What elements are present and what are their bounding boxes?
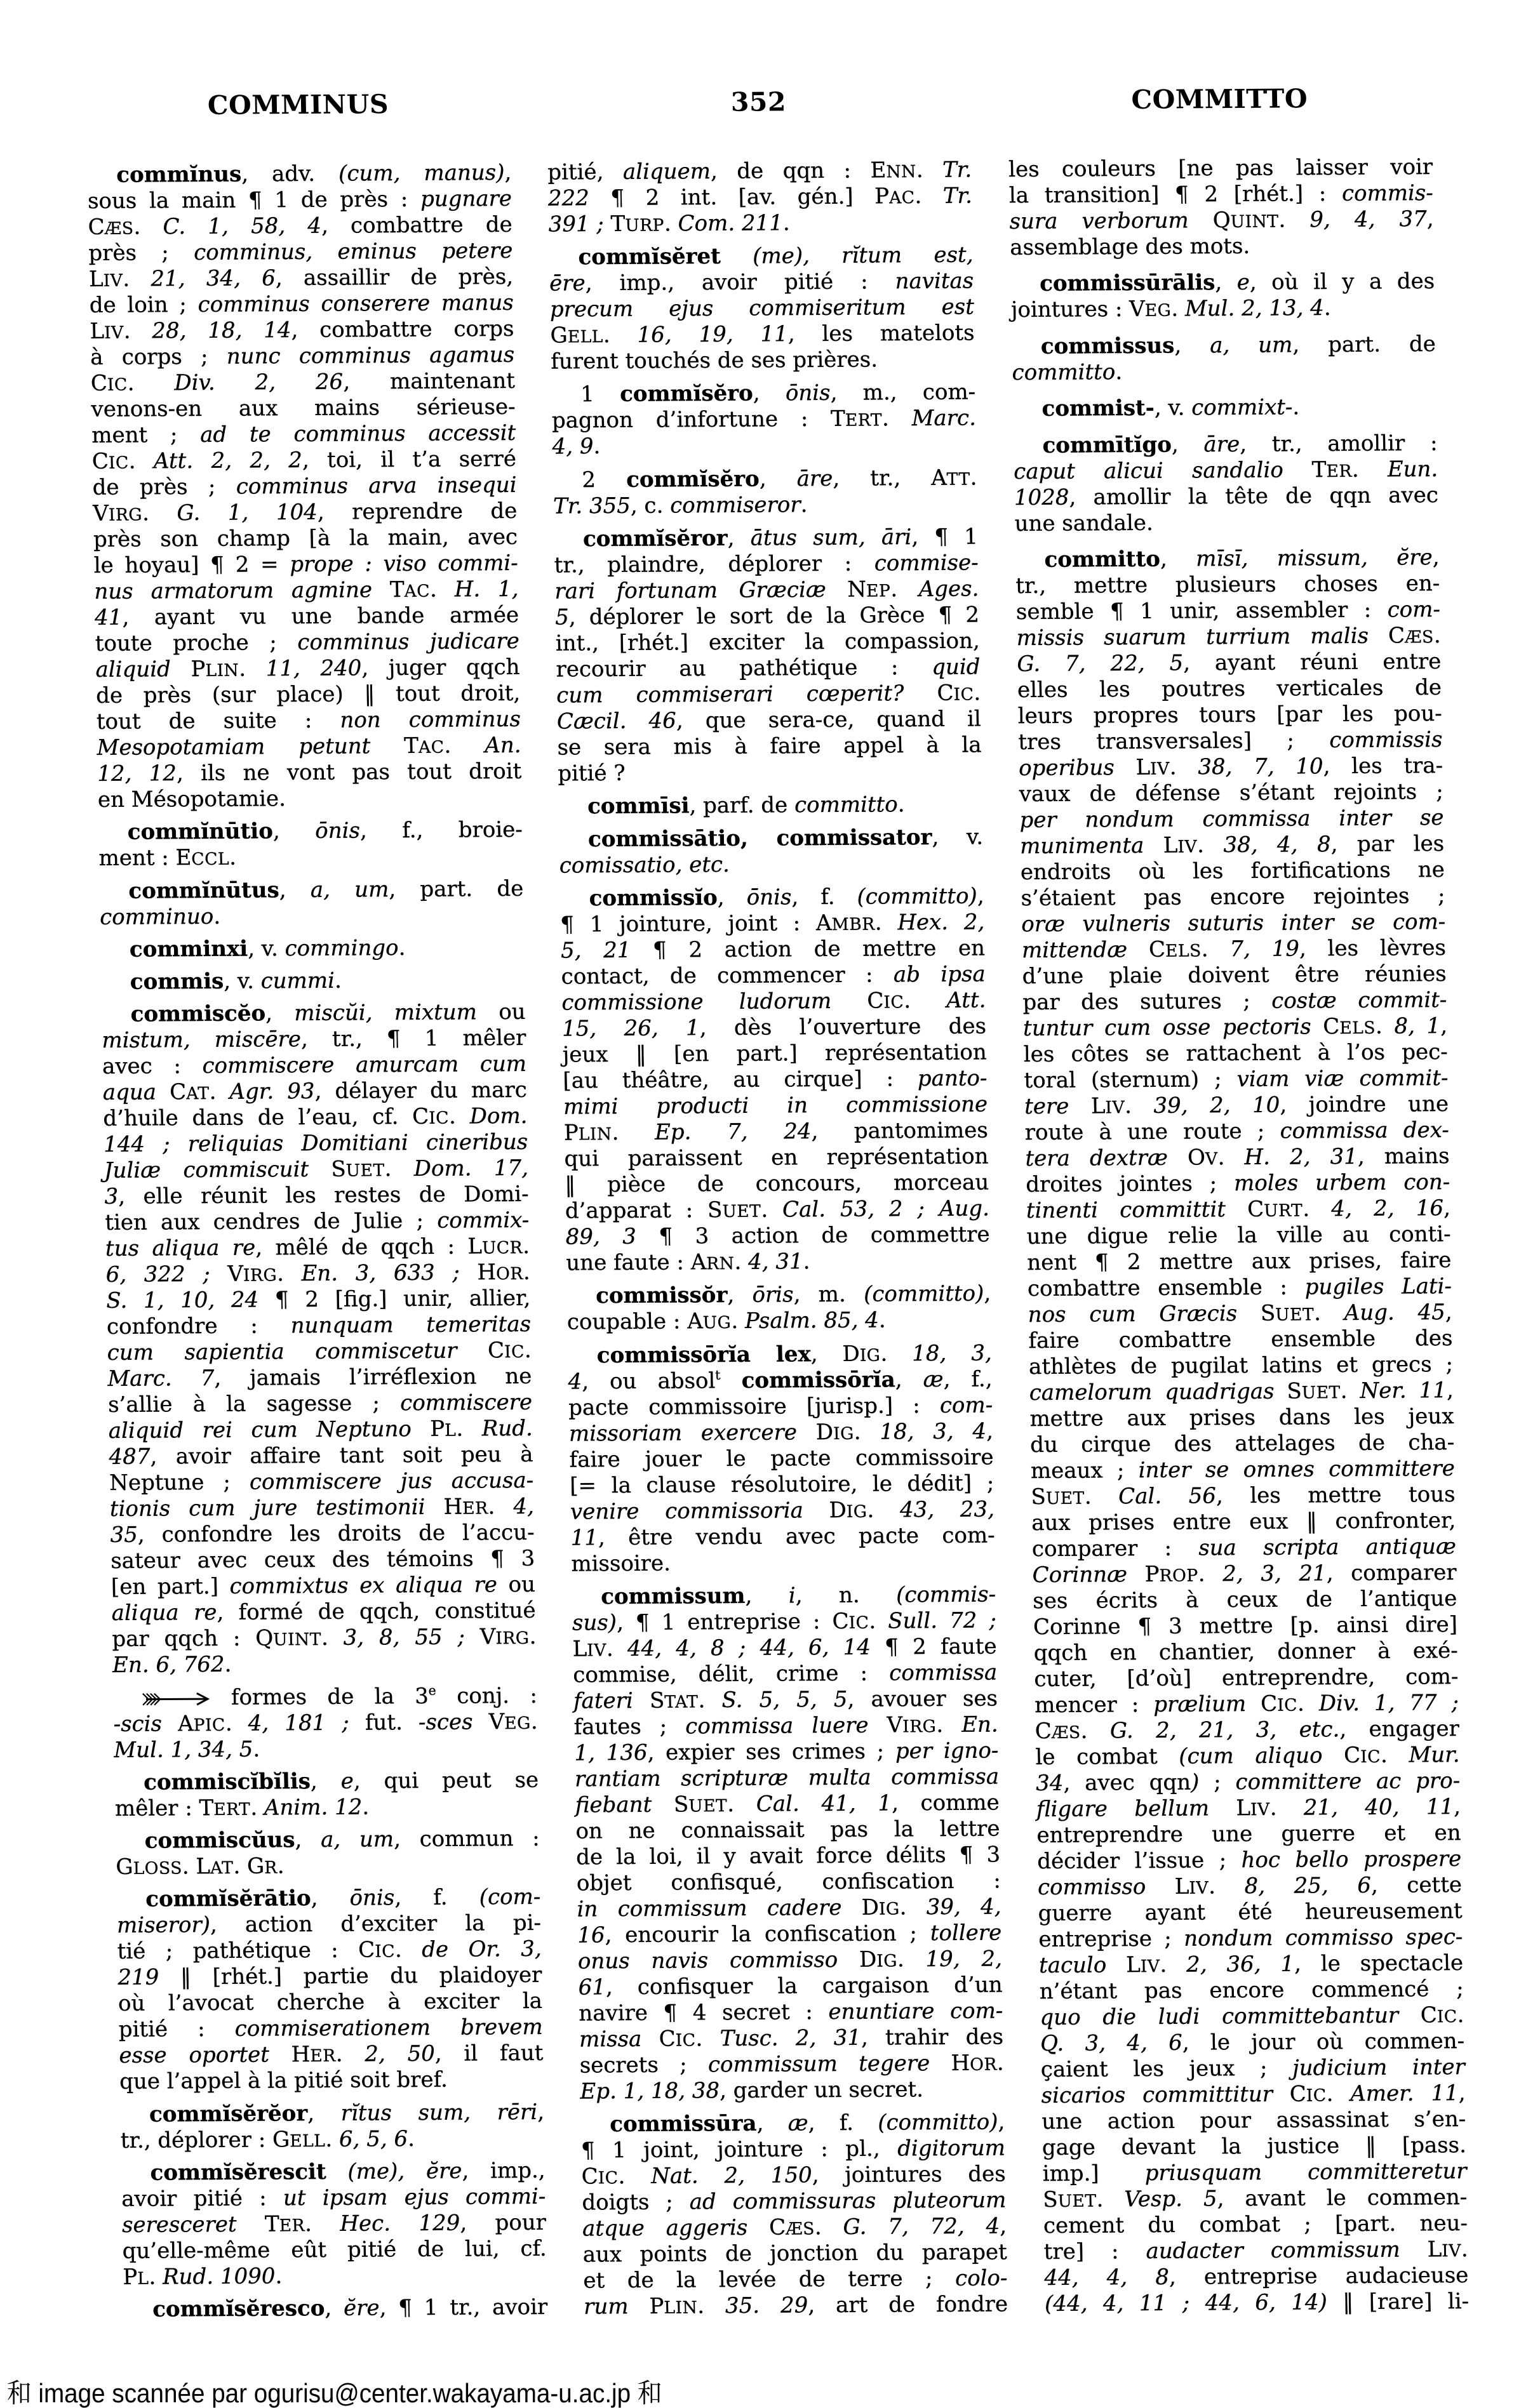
latin-text: Mul. 2, 13, 4 [1185,296,1325,322]
entry-line: faire jouer le pacte commissoire [569,1444,994,1473]
latin-text: Tr. [942,157,972,182]
entry-line: mêler : TERT. Anim. 12. [115,1793,540,1822]
latin-text: munimenta [1020,833,1144,859]
latin-text: missoriam exercere [569,1420,798,1446]
latin-text: taculo [1039,1952,1107,1978]
author-abbreviation: LUCR [467,1234,523,1260]
entry-line: recourir au pathétique : quid [556,654,981,682]
entry-line: 34, avec qqn) ; committere ac pro- [1036,1768,1461,1797]
latin-text: Hex. 2, [897,910,985,936]
latin-text: 2, 36, 1 [1186,1952,1295,1978]
latin-text: 35. 29 [725,2292,808,2318]
entry-line: operibus LIV. 38, 7, 10, les tra- [1019,753,1443,782]
latin-text: ōnis [786,380,831,406]
author-abbreviation: CURT [1247,1196,1303,1222]
latin-text: Div. 1, 77 ; [1318,1690,1459,1716]
entry-line: commĭsĕrescit (me), ĕre, imp., [121,2158,546,2186]
latin-text: ad te comminus accessit [200,420,516,448]
entry-line: route à une route ; commissa dex- [1025,1117,1450,1146]
author-abbreviation: LIV [1091,1093,1125,1119]
latin-text: Cal. 56 [1118,1483,1216,1509]
author-abbreviation: CIC [1420,2002,1457,2028]
entry-line: seresceret TER. Hec. 129, pour [122,2210,547,2238]
latin-text: ad commissuras pluteorum [689,2187,1006,2214]
dictionary-entry: commis, v. cummi. [101,967,526,995]
latin-text: 28, 18, 14 [152,317,291,343]
entry-line: GELL. 16, 19, 11, les matelots [550,321,975,349]
entry-line: ment ; ad te comminus accessit [91,420,516,449]
author-abbreviation: TER [1312,456,1353,482]
latin-text: ōris [752,1282,794,1308]
author-abbreviation: TERT [831,406,882,432]
latin-text: Rud. 1090 [163,2263,276,2289]
latin-text: Ages. [918,576,979,602]
author-abbreviation: LIV [1427,2237,1461,2262]
entry-line: 1028, amollir la tête de qqn avec [1014,482,1439,511]
latin-text: S. 5, 5, 5 [721,1687,848,1713]
latin-text: sura verborum [1009,208,1189,234]
dictionary-column-left: commĭnus, adv. (cum, manus),sous la main… [87,160,548,2323]
latin-text: Vesp. 5 [1124,2186,1217,2212]
entry-line: commissus, a, um, part. de [1012,331,1436,360]
latin-text: Tr. [943,183,973,208]
entry-line: Mesopotamiam petunt TAC. An. [97,733,521,761]
entry-line: int., [rhét.] exciter la compassion, [555,628,980,656]
entry-line: Cæcil. 46, que sera-ce, quand il [557,706,982,735]
entry-line: près son champ [à la main, avec [93,524,518,553]
entry-line: 16, encourir la confiscation ; tollere [577,1920,1002,1948]
entry-line: d’une plaie doivent être réunies [1022,961,1447,990]
entry-line: Neptune ; commiscere jus accusa- [109,1468,534,1496]
latin-text: prælium [1153,1691,1247,1717]
running-head-first-word: COMMINUS [86,91,511,119]
wa-character-mark: 和 [638,2378,662,2405]
latin-text: Ep. 1, 18, 38 [580,2078,720,2104]
latin-text: atque aggeris [582,2215,748,2242]
latin-text: comminus judicare [297,629,519,655]
entry-line: avoir pitié : ut ipsam ejus commi- [121,2184,546,2212]
latin-text: tuntur cum osse pectoris [1023,1014,1311,1041]
entry-line: venons-en aux mains sérieuse- [91,394,516,423]
headword: commĭsĕret [578,244,721,270]
author-abbreviation: CELS [1323,1014,1376,1040]
entry-line: rum PLIN. 35. 29, art de fondre [584,2291,1008,2320]
entry-line: mencer : prælium CIC. Div. 1, 77 ; [1034,1690,1459,1719]
latin-text: 2, 50 [365,2041,435,2067]
latin-text: Div. 2, 26 [174,369,343,396]
entry-line: cement du combat ; [part. neu- [1043,2211,1468,2239]
author-abbreviation: CÆS [88,215,133,240]
entry-line: nos cum Græcis SUET. Aug. 45, [1028,1300,1452,1328]
entry-line: ¶ 1 joint, jointure : pl., digitorum [581,2135,1006,2164]
latin-text: comminuo [100,903,214,929]
author-abbreviation: CIC [1344,1743,1381,1768]
latin-text: 16 [577,1922,605,1948]
headword: commissĭo [589,885,718,911]
dictionary-entry: commiscĕo, miscŭi, mixtum oumistum, misc… [101,999,537,1679]
author-abbreviation: DIG [842,1341,881,1366]
latin-text: 21, 40, 11 [1304,1794,1454,1820]
latin-text: fligare bellum [1036,1795,1210,1822]
dictionary-entry: commissum, i, n. (commis-sus), ¶ 1 entre… [572,1581,1005,2105]
latin-text: quid [932,654,981,679]
latin-text: cummi [260,968,335,994]
latin-text: e [340,1768,354,1793]
latin-text: Marc. [911,406,976,432]
latin-text: Att. [946,988,986,1013]
entry-line: pagnon d’infortune : TERT. Marc. [552,406,977,434]
latin-text: comissatio, etc. [559,852,730,879]
latin-text: Cal. 53, 2 ; Aug. [782,1196,990,1223]
entry-line: tr., déplorer : GELL. 6, 5, 6. [120,2125,545,2153]
author-abbreviation: LIV [572,1636,606,1661]
author-abbreviation: GELL [272,2127,326,2153]
author-abbreviation: HER [443,1494,488,1520]
latin-text: a, um [310,877,389,903]
entry-line: aliquid PLIN. 11, 240, juger qqch [95,655,520,683]
entry-line: entreprise ; nondum commisso spec- [1038,1924,1463,1953]
latin-text: aliquid rei cum Neptuno [108,1416,412,1444]
latin-text: 4, 2, 16 [1331,1195,1443,1221]
latin-text: commissa [889,1660,998,1686]
headword: commiscĕo [130,1001,265,1027]
latin-text: 3, 8, 55 ; [343,1625,465,1651]
entry-line: ses écrits à ceux de l’antique [1033,1586,1457,1614]
author-abbreviation: ENN [870,157,916,183]
entry-line: commĭsĕret (me), rĭtum est, [549,243,974,271]
feathered-arrow-icon [142,1691,210,1708]
author-abbreviation: SUET [707,1197,761,1223]
latin-text: (cum, manus) [338,160,505,187]
author-abbreviation: ATT [931,465,970,490]
latin-text: ōnis [349,1886,394,1911]
latin-text: G. 1, 104 [177,500,318,526]
latin-text: Anim. 12 [264,1794,363,1820]
entry-line: une action pour assassinat s’en- [1041,2106,1466,2135]
author-abbreviation: PROP [1144,1561,1198,1587]
author-abbreviation: PAC [874,183,915,209]
entry-line: 2 commĭsĕro, āre, tr., ATT. [552,465,977,493]
latin-text: commiserationem brevem [234,2014,543,2042]
entry-line: 1 commĭsĕro, ōnis, m., com- [551,380,976,408]
latin-text: comminus, eminus petere [194,238,513,265]
latin-text: 4 [568,1369,582,1394]
latin-text: commix- [437,1207,530,1234]
entry-line: 3, elle réunit les restes de Domi- [104,1181,529,1210]
latin-text: enuntiare com- [828,1998,1003,2025]
latin-text: ēre [549,270,586,296]
entry-line: droites jointes ; moles urbem con- [1026,1169,1450,1198]
latin-text: tollere [930,1920,1001,1946]
entry-line: fiebant SUET. Cal. 41, 1, comme [575,1790,1000,1818]
entry-line: mistum, miscēre, tr., ¶ 1 mêler [102,1025,526,1054]
latin-text: comminus arva insequi [236,472,516,500]
entry-line: combattre ensemble : pugiles Lati- [1028,1274,1452,1302]
latin-text: rĭtus sum, rēri [340,2099,537,2125]
entry-line: par des sutures ; costæ commit- [1022,987,1447,1016]
entry-line: 5, 21 ¶ 2 action de mettre en [561,936,986,964]
entry-line: mettre aux prises dans les jeux [1029,1404,1454,1432]
entry-line: 35, confondre les droits de l’accu- [110,1520,535,1548]
latin-text: rari fortunam Græciæ [554,577,826,604]
latin-text: costæ commit- [1271,987,1447,1014]
entry-line: fateri STAT. S. 5, 5, 5, avouer ses [573,1686,998,1714]
entry-line: 61, confisquer la cargaison d’un [578,1972,1003,2000]
latin-text: En. 6, 762 [112,1652,225,1678]
latin-text: committo [794,792,898,818]
latin-text: 2, 3, 21 [1222,1560,1327,1586]
latin-text: onus navis commisso [578,1947,838,1974]
entry-line: leurs propres tours [par les pou- [1017,701,1442,729]
entry-line: Corinnæ PROP. 2, 3, 21, comparer [1032,1560,1457,1588]
entry-line: d’huile dans de l’eau, cf. CIC. Dom. [103,1103,528,1132]
latin-text: Eun. [1387,456,1438,482]
author-abbreviation: LIV [1175,1873,1209,1899]
author-abbreviation: GELL [550,323,603,349]
author-abbreviation: TAC [404,733,445,759]
entry-line: çaient les jeux ; judicium inter [1041,2054,1466,2083]
entry-line: jointures : VEG. Mul. 2, 13, 4. [1011,295,1436,323]
latin-text: āre [796,465,833,491]
dictionary-page: COMMINUS 352 COMMITTO commĭnus, adv. (cu… [0,0,1540,2405]
latin-text: 39, 2, 10 [1153,1093,1280,1119]
entry-line: tié ; pathétique : CIC. de Or. 3, [117,1936,542,1965]
latin-text: navitas [895,269,974,295]
entry-line: commisso LIV. 8, 25, 6, cette [1038,1872,1463,1901]
entry-line: CÆS. C. 1, 58, 4, combattre de [88,212,512,241]
latin-text: Dom. [469,1103,527,1129]
entry-line: CIC. Nat. 2, 150, jointures des [581,2161,1006,2190]
entry-line: SUET. Cal. 56, les mettre tous [1031,1482,1456,1510]
entry-line: imp.] priusquam committeretur [1042,2159,1467,2187]
latin-text: 19, 2, [925,1946,1002,1972]
headword: commĭnus [116,162,241,188]
entry-line: qui paraissent en représentation [564,1144,989,1173]
entry-line: commĭsĕrātio, ōnis, f. (com- [116,1884,541,1913]
author-abbreviation: TER [265,2211,305,2237]
dictionary-entry: commĭnūtio, ōnis, f., broie-ment : ECCL. [98,817,523,872]
entry-line: committo. [1012,357,1436,386]
headword: commĭsĕro [620,381,753,407]
entry-line: s’étaient pas encore rejointes ; [1021,883,1445,912]
latin-text: tinenti committit [1026,1197,1226,1223]
latin-text: i [788,1583,796,1608]
author-abbreviation: LIV [1236,1795,1270,1821]
author-abbreviation: TERT [199,1795,250,1820]
entry-line: G. 7, 22, 5, ayant réuni entre [1017,649,1442,677]
latin-text: Cal. 41, 1 [756,1790,892,1816]
latin-text: 6, 5, 6 [339,2126,408,2152]
author-abbreviation: SUET [1261,1300,1315,1326]
latin-text: viam viæ commit- [1236,1065,1448,1092]
entry-line: missoriam exercere DIG. 18, 3, 4, [569,1418,994,1447]
entry-line: aux points de jonction du parapet [582,2239,1007,2268]
entry-line: 89, 3 ¶ 3 action de commettre [565,1222,990,1251]
latin-text: comminus conserere manus [198,290,514,317]
entry-line: commissātio, commissator, v. [559,825,984,853]
latin-text: miscŭi, mixtum [294,1000,477,1027]
dictionary-entry: commissūrālis, e, où il y a desjointures… [1010,269,1435,323]
latin-text: de Or. 3, [422,1936,542,1962]
latin-text: ut ipsam ejus commi- [283,2184,546,2211]
latin-text: Tusc. 2, 31 [720,2025,861,2051]
latin-text: 4, 181 ; [248,1710,349,1736]
headword: commissum [601,1583,746,1609]
entry-line: formes de la 3e conj. : [113,1682,538,1711]
entry-line: taculo LIV. 2, 36, 1, le spectacle [1039,1950,1464,1979]
entry-line: Tr. 355, c. commiseror. [553,491,978,519]
entry-line: toral (sternum) ; viam viæ commit- [1024,1065,1449,1094]
headword: commĭsĕror [583,526,728,552]
headword: commĭsĕrescit [150,2159,326,2186]
entry-line: LIV. 21, 34, 6, assaillir de près, [89,264,514,293]
entry-line: rantiam scripturæ multa commissa [575,1764,1000,1792]
author-abbreviation: CIC [937,680,974,705]
dictionary-entry: committo, mīsī, missum, ĕre,tr., mettre … [1015,545,1469,2317]
entry-line: les couleurs [ne pas laisser voir [1008,154,1433,183]
dictionary-column-middle: pitié, aliquem, de qqn : ENN. Tr.222 ¶ 2… [547,157,1008,2320]
entry-line: per nondum commissa inter se [1019,805,1444,834]
entry-line: munimenta LIV. 38, 4, 8, par les [1020,831,1445,860]
latin-text: 41 [95,605,123,630]
dictionary-entry: commissūra, æ, f. (committo),¶ 1 joint, … [580,2109,1008,2320]
latin-text: nos cum Græcis [1028,1301,1237,1327]
author-abbreviation: NEP [847,576,891,602]
entry-line: S. 1, 10, 24 ¶ 2 [fig.] unir, allier, [106,1286,531,1314]
author-abbreviation: LIV [1135,755,1170,780]
entry-line: de loin ; comminus conserere manus [89,290,514,319]
author-abbreviation: HOR [951,2050,997,2075]
latin-text: tus aliqua re [105,1235,256,1261]
entry-line: qqch en chantier, donner à exé- [1033,1638,1458,1666]
headword: commītĭgo [1042,432,1172,458]
dictionary-entry: 1 commĭsĕro, ōnis, m., com-pagnon d’info… [551,380,977,460]
entry-continuation: pitié, aliquem, de qqn : ENN. Tr.222 ¶ 2… [547,157,973,237]
entry-line: objet confisqué, confiscation : [577,1868,1001,1896]
author-abbreviation: VIRG [93,501,142,526]
entry-line: que l’appel à la pitié soit bref. [119,2066,544,2095]
entry-line: 11, être vendu avec pacte com- [570,1522,995,1551]
author-abbreviation: GLOSS [116,1854,182,1880]
latin-text: (committo) [864,1281,984,1307]
entry-line: tus aliqua re, mêlé de qqch : LUCR. [105,1234,530,1262]
latin-text: 3 [104,1184,118,1209]
latin-text: 12, 12 [97,761,177,787]
author-abbreviation: OV [1188,1145,1218,1170]
entry-line: entreprendre une guerre et en [1036,1820,1461,1849]
latin-text: commissa luere [685,1712,869,1739]
latin-text: nondum commisso spec- [1184,1924,1463,1952]
latin-text: Dom. 17, [413,1155,528,1181]
dictionary-entry: commissōrĭa lex, DIG. 18, 3,4, ou absolt… [567,1340,995,1577]
entry-line: nus armatorum agmine TAC. H. 1, [94,576,519,605]
author-abbreviation: VIRG [479,1624,529,1649]
headword: commĭsĕresco [152,2296,325,2322]
latin-text: aliquid [95,656,171,682]
entry-line: aliquid rei cum Neptuno PL. Rud. [108,1416,533,1444]
entry-line: mittendæ CELS. 7, 19, les lèvres [1022,935,1447,964]
author-abbreviation: CIC [659,2026,695,2051]
headword: commiscĭbĭlis [144,1769,311,1795]
entry-line: commīsi, parf. de committo. [558,791,983,820]
latin-text: tere [1024,1094,1069,1119]
entry-line: commissŏr, ōris, m. (committo), [566,1281,991,1310]
entry-line: de près ; comminus arva insequi [92,472,517,501]
entry-line: semble ¶ 1 unir, assembler : com- [1016,597,1441,625]
latin-text: commingo [285,935,399,961]
entry-line: commis, v. cummi. [101,967,526,995]
entry-line: caput alicui sandalio TER. Eun. [1014,456,1438,485]
author-abbreviation: CIC [488,1338,525,1363]
latin-text: fiebant [575,1792,652,1818]
latin-text: moles urbem con- [1234,1169,1450,1196]
latin-text: 222 [548,185,590,211]
entry-line: tere LIV. 39, 2, 10, joindre une [1024,1091,1449,1120]
author-abbreviation: SUET [331,1157,385,1183]
latin-text: (me), ĕre [347,2158,462,2184]
latin-text: ōnis [746,885,791,910]
latin-text: cum commiserari cœperit? [556,681,904,708]
entry-line: endroits où les fortifications ne [1021,857,1445,886]
entry-line: les côtes se rattachent à l’os pec- [1023,1039,1448,1068]
entry-line: avec : commiscere amurcam cum [102,1051,527,1080]
latin-text: 15, 26, 1 [562,1015,700,1041]
entry-line: precum ejus commiseritum est [550,295,975,323]
latin-text: nunc comminus agamus [226,342,514,369]
entry-line: commiscĭbĭlis, e, qui peut se [114,1767,539,1796]
entry-line: 4, 9. [552,432,977,460]
latin-text: 391 ; [548,211,604,237]
latin-text: 44, 4, 8 ; 44, 6, 14 [627,1634,871,1661]
entry-line: à corps ; nunc comminus agamus [90,342,515,371]
entry-line: comparer : sua scripta antiquæ [1032,1534,1457,1562]
entry-line: le combat (cum aliquo CIC. Mur. [1035,1742,1460,1771]
author-abbreviation: LIV [90,319,124,344]
latin-text: sicarios committitur [1041,2082,1273,2108]
author-abbreviation: CIC [867,988,904,1013]
latin-text: Hec. 129 [340,2210,460,2236]
latin-text: commis- [1342,180,1433,206]
entry-line: camelorum quadrigas SUET. Ner. 11, [1029,1378,1454,1406]
latin-text: pugnare [420,186,512,212]
latin-text: 8, 1 [1394,1013,1440,1039]
author-abbreviation: PLIN [649,2293,697,2318]
latin-text: mittendæ [1022,937,1128,963]
latin-text: Corinnæ [1032,1562,1127,1588]
dictionary-column-right: les couleurs [ne pas laisser voirla tran… [1008,154,1470,2317]
latin-text: tionis cum jure testimonii [110,1494,425,1522]
entry-line: PL. Rud. 1090. [123,2262,547,2291]
latin-text: camelorum quadrigas [1029,1379,1274,1406]
entry-line: n’étant pas encore commencé ; [1039,1976,1464,2005]
entry-line: 487, avoir affaire tant soit peu à [109,1442,533,1470]
entry-line: furent touchés de ses prières. [551,347,975,375]
latin-text: missis suarum turrium malis [1016,623,1369,651]
author-abbreviation: APIC [178,1710,225,1736]
entry-line: mimi producti in commissione [563,1092,988,1121]
author-abbreviation: PLIN [564,1120,612,1145]
entry-line: tera dextræ OV. H. 2, 31, mains [1025,1143,1450,1172]
latin-text: (committo) [857,884,977,910]
author-abbreviation: CIC [412,1104,449,1129]
latin-text: com- [1387,597,1440,623]
latin-text: commixtus ex aliqua re [229,1573,497,1600]
latin-text: 4, [513,1494,534,1519]
entry-line: ‖ pièce de concours, morceau [565,1170,989,1199]
latin-text: G. 7, 22, 5 [1017,650,1183,677]
running-head-last-word: COMMITTO [1007,85,1432,114]
entry-line: oræ vulneris suturis inter se com- [1021,909,1446,938]
